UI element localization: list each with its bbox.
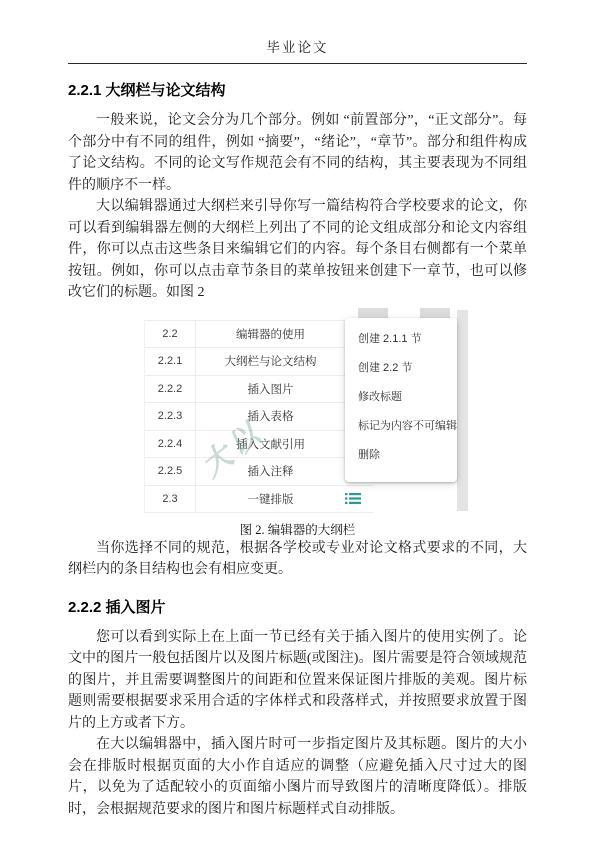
document-page: 毕业论文 2.2.1 大纲栏与论文结构 一般来说，论文会分为几个部分。例如 “前… [0, 0, 595, 842]
paragraph: 在大以编辑器中，插入图片时可一步指定图片及其标题。图片的大小会在排版时根据页面的… [68, 734, 527, 820]
list-bullets-icon [345, 492, 361, 505]
figure-caption: 图 2. 编辑器的大纲栏 [68, 520, 527, 538]
paragraph: 一般来说，论文会分为几个部分。例如 “前置部分”，“正文部分”。每个部分中有不同… [68, 110, 527, 196]
section-heading-outline: 2.2.1 大纲栏与论文结构 [68, 79, 527, 100]
outline-row-number: 2.2.3 [145, 403, 196, 430]
outline-row: 2.3 一键排版 [145, 486, 373, 514]
paragraph: 当你选择不同的规范，根据各学校或专业对论文格式要求的不同，大纲栏内的条目结构也会… [68, 538, 527, 581]
outline-row: 2.2.1 大纲栏与论文结构 [145, 348, 373, 376]
menu-item-rename: 修改标题 [345, 383, 457, 412]
outline-row: 2.2.4 插入文献引用 [145, 431, 373, 459]
paragraph: 大以编辑器通过大纲栏来引导你写一篇结构符合学校要求的论文，你可以看到编辑器左侧的… [68, 196, 527, 304]
outline-row: 2.2 编辑器的使用 [145, 321, 373, 349]
outline-row-number: 2.2.4 [145, 431, 196, 458]
context-menu: 创建 2.1.1 节 创建 2.2 节 修改标题 标记为内容不可编辑 删除 [345, 318, 457, 482]
background-scrollbar-fragment [457, 310, 468, 511]
background-ui-fragment [420, 308, 450, 319]
page-number: 3 [0, 782, 595, 794]
outline-row-title: 一键排版 [196, 486, 345, 513]
paragraph: 您可以看到实际上在上面一节已经有关于插入图片的使用实例了。论文中的图片一般包括图… [68, 627, 527, 735]
page-header: 毕业论文 [68, 36, 527, 64]
outline-row-title: 大纲栏与论文结构 [196, 348, 345, 375]
menu-item-delete: 删除 [345, 441, 457, 470]
header-title: 毕业论文 [267, 40, 329, 55]
background-ui-fragment [358, 308, 388, 319]
figure-outline-panel: 2.2 编辑器的使用 2.2.1 大纲栏与论文结构 2.2.2 插入图片 2.2… [68, 306, 527, 516]
outline-row-number: 2.2.2 [145, 376, 196, 403]
outline-row-number: 2.3 [145, 486, 196, 513]
outline-row-number: 2.2.1 [145, 348, 196, 375]
outline-row-number: 2.2 [145, 321, 196, 348]
outline-row: 2.2.2 插入图片 [145, 376, 373, 404]
outline-row-number: 2.2.5 [145, 458, 196, 485]
section-heading-insert-image: 2.2.2 插入图片 [68, 596, 527, 617]
outline-row: 2.2.3 插入表格 [145, 403, 373, 431]
outline-row-title: 编辑器的使用 [196, 321, 345, 348]
outline-row-title: 插入文献引用 [196, 431, 345, 458]
outline-row-title: 插入注释 [196, 458, 345, 485]
menu-item-mark-uneditable: 标记为内容不可编辑 [345, 412, 457, 441]
outline-row-title: 插入表格 [196, 403, 345, 430]
menu-item-create-section: 创建 2.2 节 [345, 354, 457, 383]
outline-row-title: 插入图片 [196, 376, 345, 403]
outline-row: 2.2.5 插入注释 [145, 458, 373, 486]
menu-item-create-subsection: 创建 2.1.1 节 [345, 325, 457, 354]
outline-row-icon-cell [345, 486, 373, 513]
outline-table: 2.2 编辑器的使用 2.2.1 大纲栏与论文结构 2.2.2 插入图片 2.2… [144, 320, 373, 514]
